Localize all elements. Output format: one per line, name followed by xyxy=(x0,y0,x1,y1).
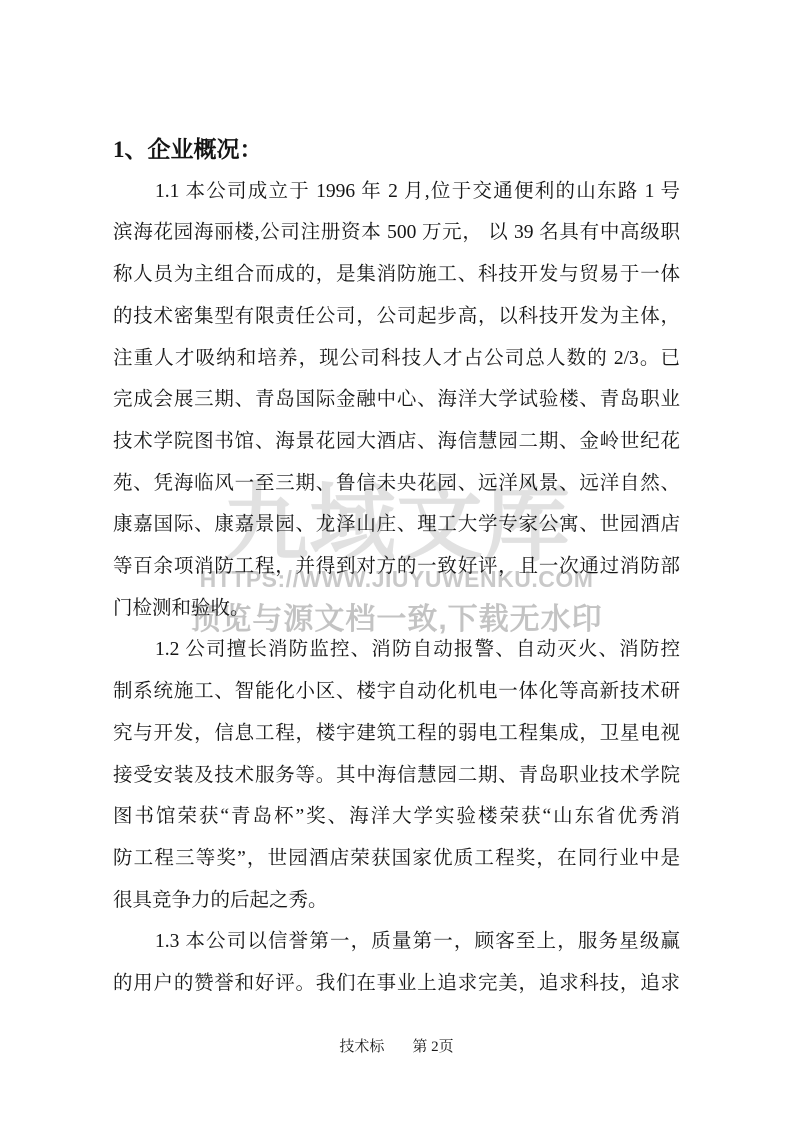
text-line: 的用户的赞誉和好评。我们在事业上追求完美，追求科技，追求 xyxy=(113,963,680,1005)
text-line: 的技术密集型有限责任公司，公司起步高，以科技开发为主体， xyxy=(113,296,680,338)
text-line: 注重人才吸纳和培养，现公司科技人才占公司总人数的 2/3。已 xyxy=(113,338,680,380)
text-line: 门检测和验收。 xyxy=(113,588,680,630)
text-line: 图书馆荣获“青岛杯”奖、海洋大学实验楼荣获“山东省优秀消 xyxy=(113,796,680,838)
text-line: 等百余项消防工程，并得到对方的一致好评，且一次通过消防部 xyxy=(113,546,680,588)
paragraph-1-2: 1.2 公司擅长消防监控、消防自动报警、自动灭火、消防控制系统施工、智能化小区、… xyxy=(113,629,680,921)
text-line: 完成会展三期、青岛国际金融中心、海洋大学试验楼、青岛职业 xyxy=(113,379,680,421)
text-line: 康嘉国际、康嘉景园、龙泽山庄、理工大学专家公寓、世园酒店 xyxy=(113,504,680,546)
text-line: 技术学院图书馆、海景花园大酒店、海信慧园二期、金岭世纪花 xyxy=(113,421,680,463)
paragraph-1-1: 1.1 本公司成立于 1996 年 2 月,位于交通便利的山东路 1 号滨海花园… xyxy=(113,171,680,630)
page-footer: 技术标 第 2页 xyxy=(0,1036,793,1058)
text-line: 1.3 本公司以信誉第一，质量第一，顾客至上，服务星级赢 xyxy=(113,921,680,963)
paragraph-1-3: 1.3 本公司以信誉第一，质量第一，顾客至上，服务星级赢的用户的赞誉和好评。我们… xyxy=(113,921,680,1004)
text-line: 接受安装及技术服务等。其中海信慧园二期、青岛职业技术学院 xyxy=(113,755,680,797)
text-line: 很具竞争力的后起之秀。 xyxy=(113,880,680,922)
text-line: 称人员为主组合而成的，是集消防施工、科技开发与贸易于一体 xyxy=(113,254,680,296)
text-line: 制系统施工、智能化小区、楼宇自动化机电一体化等高新技术研 xyxy=(113,671,680,713)
text-line: 防工程三等奖”，世园酒店荣获国家优质工程奖，在同行业中是 xyxy=(113,838,680,880)
document-page: 九域文库 HTTPS://WWW.JIUYUWENKU.COM 预览与源文档一致… xyxy=(0,0,793,1122)
text-line: 1.2 公司擅长消防监控、消防自动报警、自动灭火、消防控 xyxy=(113,629,680,671)
section-heading: 1、企业概况： xyxy=(113,129,680,171)
document-content: 1、企业概况： 1.1 本公司成立于 1996 年 2 月,位于交通便利的山东路… xyxy=(113,129,680,1005)
text-line: 滨海花园海丽楼,公司注册资本 500 万元， 以 39 名具有中高级职 xyxy=(113,212,680,254)
footer-doc-label: 技术标 xyxy=(339,1036,384,1058)
text-line: 究与开发，信息工程，楼宇建筑工程的弱电工程集成，卫星电视 xyxy=(113,713,680,755)
text-line: 苑、凭海临风一至三期、鲁信未央花园、远洋风景、远洋自然、 xyxy=(113,463,680,505)
footer-page-number: 第 2页 xyxy=(412,1036,453,1058)
text-line: 1.1 本公司成立于 1996 年 2 月,位于交通便利的山东路 1 号 xyxy=(113,171,680,213)
document-body: 1.1 本公司成立于 1996 年 2 月,位于交通便利的山东路 1 号滨海花园… xyxy=(113,171,680,1005)
